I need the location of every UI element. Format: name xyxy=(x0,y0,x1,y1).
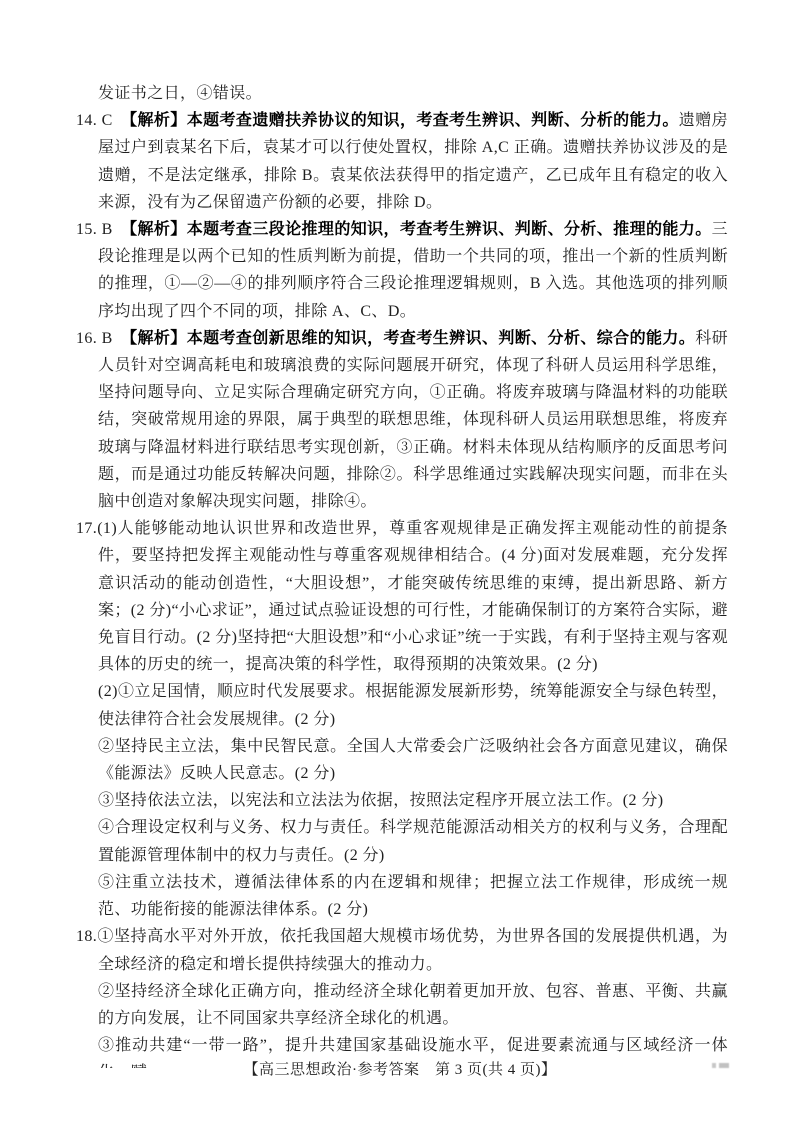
q14-answer: 14. C 【解析】本题考查遗赠扶养协议的知识，考查考生辨识、判断、分析的能力。… xyxy=(76,107,728,216)
answer-text-run: 16. B xyxy=(76,330,129,347)
answer-text-run: 科研人员针对空调高耗电和玻璃浪费的实际问题展开研究，体现了科研人员运用科学思维，… xyxy=(98,330,728,510)
q18-point2: ②坚持经济全球化正确方向，推动经济全球化朝着更加开放、包容、普惠、平衡、共赢的方… xyxy=(76,978,728,1032)
answer-text-run: 发证书之日，④错误。 xyxy=(98,85,262,102)
answer-text-run: 17.(1)人能够能动地认识世界和改造世界，尊重客观规律是正确发挥主观能动性的前… xyxy=(76,520,728,673)
q13-answer-tail: 发证书之日，④错误。 xyxy=(76,80,728,107)
q17-part2-point2: ②坚持民主立法，集中民智民意。全国人大常委会广泛吸纳社会各方面意见建议，确保《能… xyxy=(76,733,728,787)
q18-point1: 18.①坚持高水平对外开放，依托我国超大规模市场优势，为世界各国的发展提供机遇，… xyxy=(76,923,728,977)
analysis-label-bold-text: 【解析】本题考查遗赠扶养协议的知识，考查考生辨识、判断、分析的能力。 xyxy=(129,112,679,129)
analysis-label-bold-text: 【解析】本题考查创新思维的知识，考查考生辨识、判断、分析、综合的能力。 xyxy=(129,330,695,347)
q17-part2-point4: ④合理设定权利与义务、权力与责任。科学规范能源活动相关方的权利与义务，合理配置能… xyxy=(76,814,728,868)
q17-part2-point5: ⑤注重立法技术，遵循法律体系的内在逻辑和规律；把握立法工作规律，形成统一规范、功… xyxy=(76,869,728,923)
scan-smudge-artifact xyxy=(712,1063,729,1068)
answer-text-run: ④合理设定权利与义务、权力与责任。科学规范能源活动相关方的权利与义务，合理配置能… xyxy=(98,819,728,863)
answer-body: 发证书之日，④错误。14. C 【解析】本题考查遗赠扶养协议的知识，考查考生辨识… xyxy=(76,80,728,1068)
q16-answer: 16. B 【解析】本题考查创新思维的知识，考查考生辨识、判断、分析、综合的能力… xyxy=(76,325,728,515)
answer-text-run: ②坚持民主立法，集中民智民意。全国人大常委会广泛吸纳社会各方面意见建议，确保《能… xyxy=(98,738,728,782)
q17-part1-answer: 17.(1)人能够能动地认识世界和改造世界，尊重客观规律是正确发挥主观能动性的前… xyxy=(76,515,728,678)
q15-answer: 15. B 【解析】本题考查三段论推理的知识，考查考生辨识、判断、分析、推理的能… xyxy=(76,216,728,325)
q17-part2-point3: ③坚持依法立法，以宪法和立法法为依据，按照法定程序开展立法工作。(2 分) xyxy=(76,787,728,814)
analysis-label-bold-text: 【解析】本题考查三段论推理的知识，考查考生辨识、判断、分析、推理的能力。 xyxy=(129,221,712,238)
page-footer: 【高三思想政治·参考答案 第 3 页(共 4 页)】 xyxy=(0,1058,800,1079)
answer-text-run: ③坚持依法立法，以宪法和立法法为依据，按照法定程序开展立法工作。(2 分) xyxy=(98,792,663,809)
answer-key-page: 发证书之日，④错误。14. C 【解析】本题考查遗赠扶养协议的知识，考查考生辨识… xyxy=(0,0,800,1124)
q17-part2-point1: (2)①立足国情，顺应时代发展要求。根据能源发展新形势，统筹能源安全与绿色转型，… xyxy=(76,678,728,732)
answer-text-run: ⑤注重立法技术，遵循法律体系的内在逻辑和规律；把握立法工作规律，形成统一规范、功… xyxy=(98,874,728,918)
answer-text-run: 18.①坚持高水平对外开放，依托我国超大规模市场优势，为世界各国的发展提供机遇，… xyxy=(76,928,728,972)
answer-text-run: 15. B xyxy=(76,221,129,238)
answer-text-run: ②坚持经济全球化正确方向，推动经济全球化朝着更加开放、包容、普惠、平衡、共赢的方… xyxy=(98,983,728,1027)
answer-text-run: (2)①立足国情，顺应时代发展要求。根据能源发展新形势，统筹能源安全与绿色转型，… xyxy=(98,683,728,727)
answer-text-run: 14. C xyxy=(76,112,129,129)
